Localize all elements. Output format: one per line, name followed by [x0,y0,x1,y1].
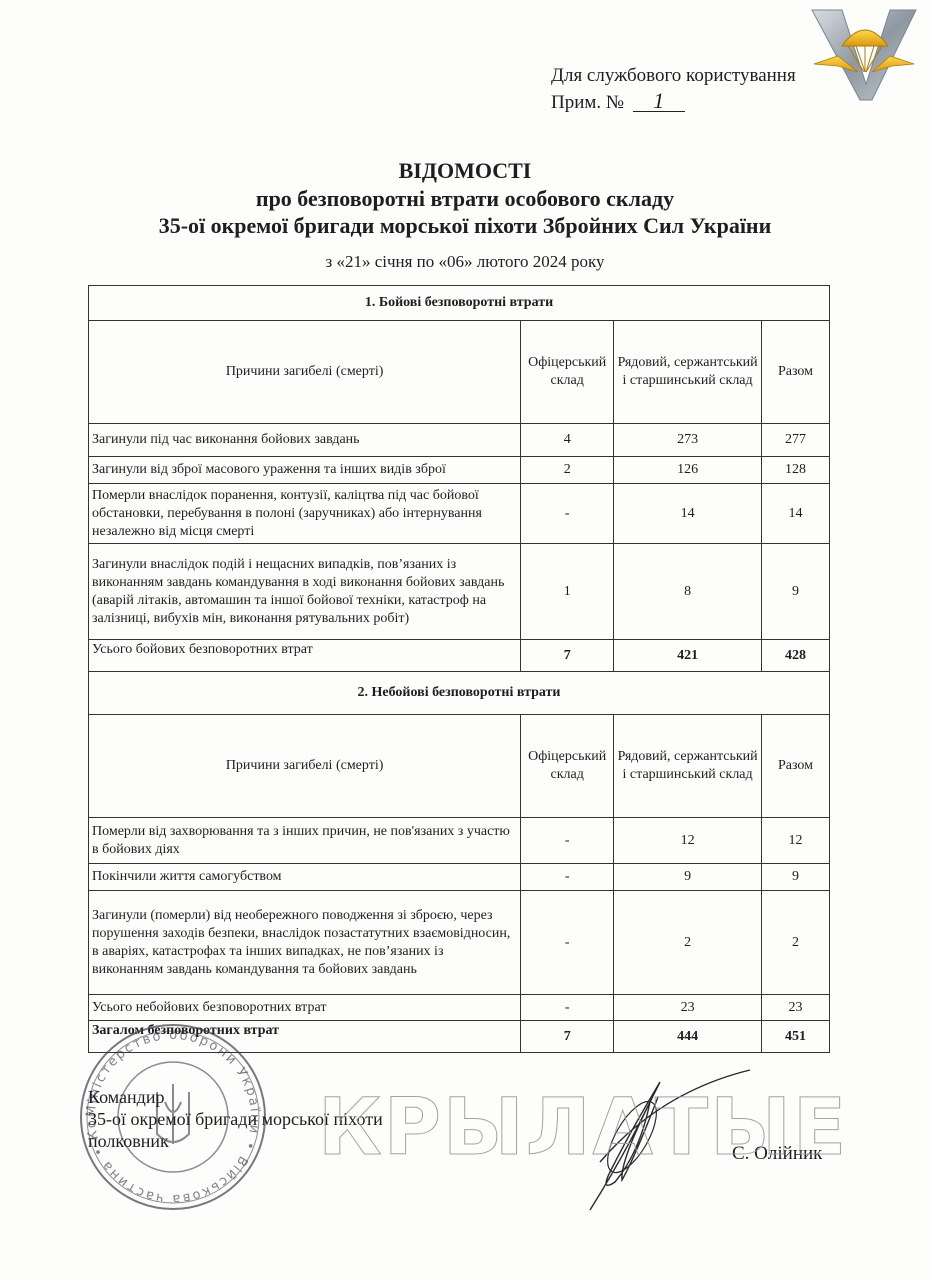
table-row: Загинули під час виконання бойових завда… [89,424,830,457]
cause-cell: Померли від захворювання та з інших прич… [89,818,521,864]
section-2-header-row: Причини загибелі (смерті) Офіцерський ск… [89,715,830,818]
enlisted-cell: 9 [614,864,762,891]
table-row: Загинули (померли) від необережного пово… [89,891,830,995]
col-header-cause: Причини загибелі (смерті) [89,321,521,424]
cause-cell: Загинули під час виконання бойових завда… [89,424,521,457]
cause-cell: Покінчили життя самогубством [89,864,521,891]
enlisted-cell: 8 [614,544,762,640]
officers-cell: - [521,891,614,995]
section-1-total-row: Усього бойових безповоротних втрат 7 421… [89,640,830,672]
grand-total: 428 [762,640,830,672]
cause-cell: Загинули (померли) від необережного пово… [89,891,521,995]
grand-total: 23 [762,995,830,1021]
section-2-total-row: Усього небойових безповоротних втрат - 2… [89,995,830,1021]
watermark-text: КРЫЛАТЫЕ [318,1083,848,1173]
reporting-period: з «21» січня по «06» лютого 2024 року [0,252,930,272]
officers-cell: - [521,484,614,544]
document-title: ВІДОМОСТІ [0,158,930,184]
col-header-enlisted: Рядовий, сержантський і старшинський скл… [614,321,762,424]
losses-table: 1. Бойові безповоротні втрати Причини за… [88,285,830,1053]
enlisted-cell: 126 [614,457,762,484]
section-2-title-row: 2. Небойові безповоротні втрати [89,672,830,715]
enlisted-cell: 14 [614,484,762,544]
officers-cell: 2 [521,457,614,484]
col-header-officers: Офіцерський склад [521,321,614,424]
total-cell: 128 [762,457,830,484]
col-header-officers: Офіцерський склад [521,715,614,818]
col-header-cause: Причини загибелі (смерті) [89,715,521,818]
section-1-title-row: 1. Бойові безповоротні втрати [89,286,830,321]
section-2-title: 2. Небойові безповоротні втрати [89,672,830,715]
cause-cell: Загинули від зброї масового ураження та … [89,457,521,484]
table-row: Загинули внаслідок подій і нещасних випа… [89,544,830,640]
airborne-emblem-icon [808,6,920,102]
document-subtitle: про безповоротні втрати особового складу [0,186,930,212]
total-cell: 9 [762,864,830,891]
copy-number-label: Прим. № [551,92,624,113]
enlisted-total: 23 [614,995,762,1021]
officers-total: 7 [521,640,614,672]
col-header-enlisted: Рядовий, сержантський і старшинський скл… [614,715,762,818]
overall-enlisted-total: 444 [614,1021,762,1053]
section-1-title: 1. Бойові безповоротні втрати [89,286,830,321]
section-1-header-row: Причини загибелі (смерті) Офіцерський ск… [89,321,830,424]
total-cell: 12 [762,818,830,864]
copy-number-value: 1 [633,91,685,112]
enlisted-total: 421 [614,640,762,672]
table-row: Загинули від зброї масового ураження та … [89,457,830,484]
officers-cell: - [521,818,614,864]
col-header-total: Разом [762,715,830,818]
total-cell: 9 [762,544,830,640]
officers-total: - [521,995,614,1021]
classification-label: Для службового користування [551,62,796,89]
enlisted-cell: 273 [614,424,762,457]
total-label: Усього бойових безповоротних втрат [89,640,521,672]
col-header-total: Разом [762,321,830,424]
enlisted-cell: 12 [614,818,762,864]
copy-number-line: Прим. № 1 [551,89,796,116]
table-row: Померли від захворювання та з інших прич… [89,818,830,864]
cause-cell: Загинули внаслідок подій і нещасних випа… [89,544,521,640]
total-cell: 277 [762,424,830,457]
cause-cell: Померли внаслідок поранення, контузії, к… [89,484,521,544]
overall-officers-total: 7 [521,1021,614,1053]
officers-cell: 1 [521,544,614,640]
total-cell: 2 [762,891,830,995]
table-row: Померли внаслідок поранення, контузії, к… [89,484,830,544]
officers-cell: - [521,864,614,891]
unit-name: 35-ої окремої бригади морської піхоти Зб… [0,213,930,239]
table-row: Покінчили життя самогубством - 9 9 [89,864,830,891]
overall-total: 451 [762,1021,830,1053]
enlisted-cell: 2 [614,891,762,995]
total-cell: 14 [762,484,830,544]
officers-cell: 4 [521,424,614,457]
total-label: Усього небойових безповоротних втрат [89,995,521,1021]
classification-block: Для службового користування Прим. № 1 [551,62,796,116]
